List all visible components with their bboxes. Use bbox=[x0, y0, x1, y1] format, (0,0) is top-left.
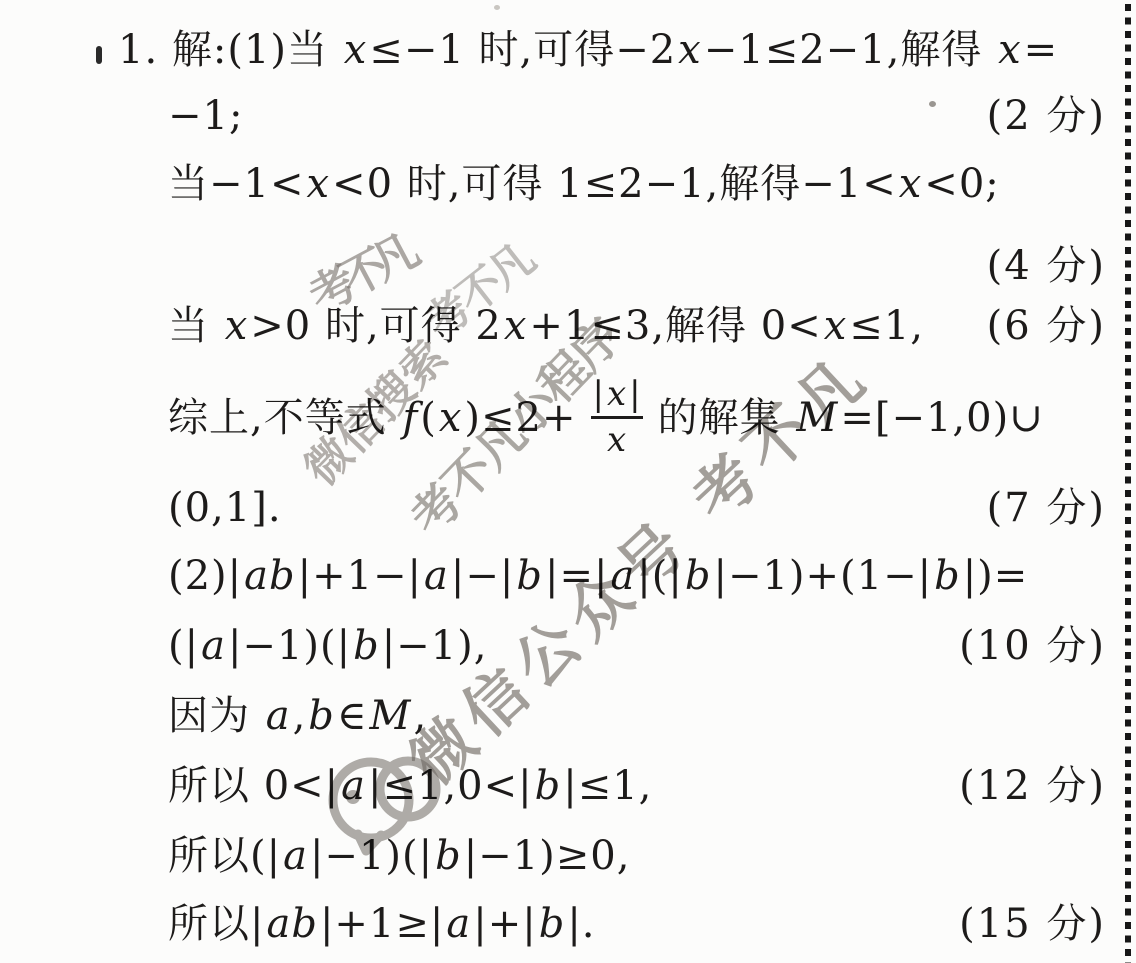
line-content: −1; bbox=[168, 90, 243, 142]
text-run: 所以 0<| bbox=[168, 763, 339, 809]
line-content: 当−1<x<0 时,可得 1≤2−1,解得−1<x<0; bbox=[168, 158, 1000, 210]
text-run: >0 时,可得 2 bbox=[250, 303, 502, 349]
text-run: 的解集 bbox=[658, 395, 795, 441]
math-variable: f bbox=[400, 395, 420, 441]
text-run: | bbox=[593, 374, 605, 414]
math-variable: x bbox=[605, 374, 629, 414]
score-mark: (10 分) bbox=[959, 620, 1106, 672]
solution-line: 当 x>0 时,可得 2x+1≤3,解得 0<x≤1,(6 分) bbox=[168, 300, 1106, 352]
math-variable: b bbox=[537, 901, 568, 947]
math-variable: ab bbox=[264, 901, 319, 947]
math-variable: b bbox=[683, 553, 714, 599]
solution-line: 1. 解:(1)当 x≤−1 时,可得−2x−1≤2−1,解得 x= bbox=[118, 24, 1106, 76]
solution-line: 所以|ab|+1≥|a|+|b|.(15 分) bbox=[168, 898, 1106, 950]
text-run: , bbox=[413, 693, 427, 739]
text-run: 1. 解:(1)当 bbox=[118, 27, 342, 73]
text-run: (| bbox=[168, 623, 199, 669]
perforation-dotted-edge bbox=[1125, 4, 1131, 963]
text-run: |+| bbox=[473, 901, 536, 947]
text-run: ( bbox=[420, 395, 437, 441]
text-run: 综上,不等式 bbox=[168, 395, 400, 441]
score-mark: (15 分) bbox=[959, 898, 1106, 950]
math-variable: a bbox=[199, 623, 228, 669]
score-mark: (6 分) bbox=[987, 300, 1106, 352]
math-variable: a bbox=[281, 833, 310, 879]
text-run: |−1)(| bbox=[310, 833, 433, 879]
text-run: , bbox=[293, 693, 307, 739]
math-variable: ab bbox=[242, 553, 297, 599]
solution-line: (|a|−1)(|b|−1),(10 分) bbox=[168, 620, 1106, 672]
text-run: =[−1,0)∪ bbox=[840, 395, 1043, 441]
math-variable: b bbox=[433, 833, 464, 879]
solution-line: 综上,不等式 f(x)≤2+|x|x的解集 M=[−1,0)∪ bbox=[168, 380, 1106, 462]
math-variable: x bbox=[502, 303, 530, 349]
text-run: 所以| bbox=[168, 901, 264, 947]
math-variable: a bbox=[422, 553, 451, 599]
text-run: 因为 bbox=[168, 693, 264, 739]
text-run: |)= bbox=[963, 553, 1029, 599]
fraction-numerator: |x| bbox=[585, 376, 650, 416]
solution-line: 所以 0<|a|≤1,0<|b|≤1,(12 分) bbox=[168, 760, 1106, 812]
line-content: 所以|ab|+1≥|a|+|b|. bbox=[168, 898, 596, 950]
line-content: 因为 a,b∈M, bbox=[168, 690, 427, 742]
line-content: 所以(|a|−1)(|b|−1)≥0, bbox=[168, 830, 630, 882]
math-variable: b bbox=[306, 693, 337, 739]
text-run: +1≤3,解得 0< bbox=[529, 303, 821, 349]
text-run: |≤1,0<| bbox=[368, 763, 533, 809]
math-variable: a bbox=[339, 763, 368, 809]
math-variable: M bbox=[794, 395, 840, 441]
math-variable: b bbox=[533, 763, 564, 809]
text-run: <0; bbox=[924, 161, 999, 207]
solution-line: 所以(|a|−1)(|b|−1)≥0, bbox=[168, 830, 1106, 882]
solution-line: 当−1<x<0 时,可得 1≤2−1,解得−1<x<0; bbox=[168, 158, 1106, 210]
text-run: ∈ bbox=[337, 693, 368, 739]
line-content: 综上,不等式 f(x)≤2+|x|x的解集 M=[−1,0)∪ bbox=[168, 380, 1044, 462]
text-run: (2)| bbox=[168, 553, 242, 599]
math-variable: b bbox=[514, 553, 545, 599]
math-variable: x bbox=[996, 27, 1024, 73]
text-run: 所以(| bbox=[168, 833, 281, 879]
scanned-answer-page: 1. 解:(1)当 x≤−1 时,可得−2x−1≤2−1,解得 x=−1;(2 … bbox=[0, 0, 1136, 963]
math-variable: x bbox=[223, 303, 251, 349]
score-mark: (4 分) bbox=[987, 240, 1106, 292]
text-run: ≤−1 时,可得−2 bbox=[369, 27, 676, 73]
text-run: ≤1, bbox=[849, 303, 924, 349]
text-run: 当−1< bbox=[168, 161, 304, 207]
math-variable: M bbox=[368, 693, 414, 739]
solution-line: (0,1].(7 分) bbox=[168, 482, 1106, 534]
text-run: 当 bbox=[168, 303, 223, 349]
fraction: |x|x bbox=[585, 376, 650, 458]
line-content: (2)|ab|+1−|a|−|b|=|a|(|b|−1)+(1−|b|)= bbox=[168, 550, 1028, 602]
text-run: |+1≥| bbox=[320, 901, 444, 947]
text-run: | bbox=[629, 374, 641, 414]
solution-text: 1. 解:(1)当 x≤−1 时,可得−2x−1≤2−1,解得 x=−1;(2 … bbox=[0, 0, 1136, 963]
text-run: |−1)(| bbox=[228, 623, 351, 669]
solution-line: 因为 a,b∈M, bbox=[168, 690, 1106, 742]
text-run: −1≤2−1,解得 bbox=[704, 27, 996, 73]
math-variable: x bbox=[605, 420, 629, 460]
solution-line: −1;(2 分) bbox=[168, 90, 1106, 142]
text-run: = bbox=[1024, 27, 1059, 73]
text-run: |=| bbox=[545, 553, 608, 599]
text-run: |−| bbox=[451, 553, 514, 599]
math-variable: a bbox=[608, 553, 637, 599]
score-mark: (7 分) bbox=[987, 482, 1106, 534]
text-run: <0 时,可得 1≤2−1,解得−1< bbox=[332, 161, 897, 207]
math-variable: b bbox=[932, 553, 963, 599]
text-run: (0,1]. bbox=[168, 485, 282, 531]
text-run: |−1)+(1−| bbox=[713, 553, 932, 599]
line-content: (|a|−1)(|b|−1), bbox=[168, 620, 487, 672]
line-content: (0,1]. bbox=[168, 482, 282, 534]
fraction-denominator: x bbox=[591, 416, 643, 459]
text-run: −1; bbox=[168, 93, 243, 139]
solution-line: (2)|ab|+1−|a|−|b|=|a|(|b|−1)+(1−|b|)= bbox=[168, 550, 1106, 602]
solution-line: (4 分) bbox=[168, 240, 1106, 292]
score-mark: (12 分) bbox=[959, 760, 1106, 812]
math-variable: x bbox=[304, 161, 332, 207]
math-variable: b bbox=[351, 623, 382, 669]
line-content: 当 x>0 时,可得 2x+1≤3,解得 0<x≤1, bbox=[168, 300, 924, 352]
text-run: |≤1, bbox=[563, 763, 652, 809]
score-mark: (2 分) bbox=[987, 90, 1106, 142]
math-variable: x bbox=[342, 27, 370, 73]
math-variable: x bbox=[822, 303, 850, 349]
text-run: )≤2+ bbox=[464, 395, 576, 441]
math-variable: x bbox=[437, 395, 465, 441]
math-variable: x bbox=[676, 27, 704, 73]
text-run: |−1)≥0, bbox=[464, 833, 631, 879]
text-run: |(| bbox=[637, 553, 683, 599]
text-run: |−1), bbox=[382, 623, 488, 669]
text-run: |. bbox=[567, 901, 595, 947]
text-run: |+1−| bbox=[298, 553, 422, 599]
math-variable: a bbox=[264, 693, 293, 739]
math-variable: x bbox=[897, 161, 925, 207]
line-content: 所以 0<|a|≤1,0<|b|≤1, bbox=[168, 760, 652, 812]
math-variable: a bbox=[444, 901, 473, 947]
line-content: 1. 解:(1)当 x≤−1 时,可得−2x−1≤2−1,解得 x= bbox=[118, 24, 1058, 76]
